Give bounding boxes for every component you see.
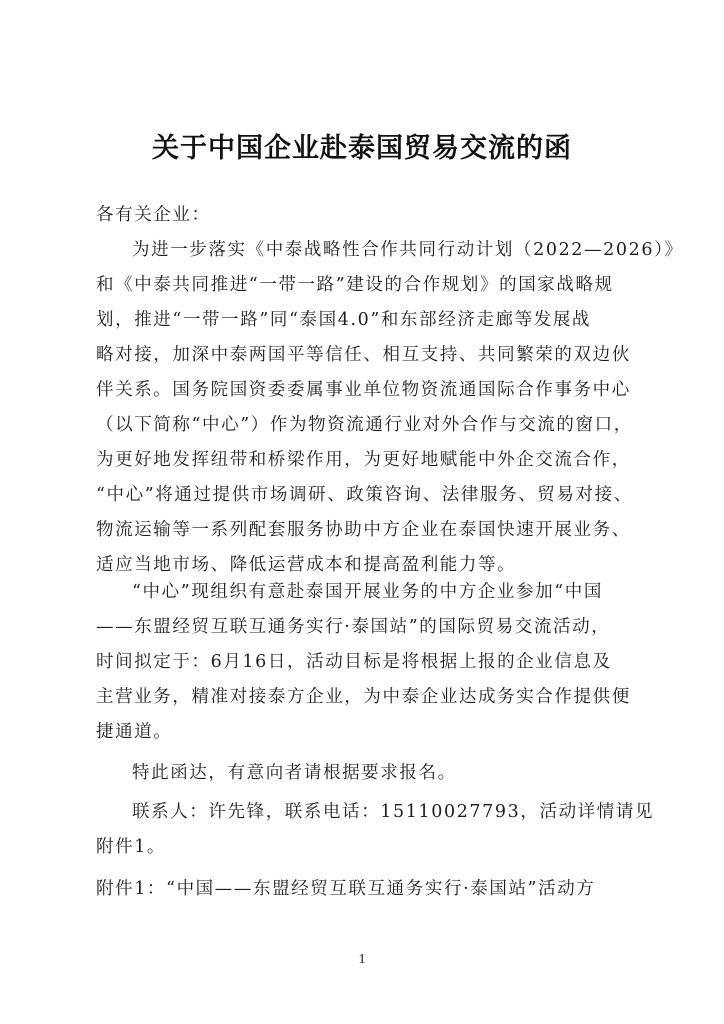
paragraph-line: 主营业务，精准对接泰方企业，为中泰企业达成务实合作提供便 xyxy=(96,680,636,715)
paragraph-line: 物流运输等一系列配套服务协助中方企业在泰国快速开展业务、 xyxy=(96,513,636,548)
paragraph-line: 附件1：“中国——东盟经贸互联互通务实行·泰国站”活动方 xyxy=(96,872,636,907)
document-title: 关于中国企业赴泰国贸易交流的函 xyxy=(0,126,724,165)
paragraph-attachment: 附件1：“中国——东盟经贸互联互通务实行·泰国站”活动方 xyxy=(96,872,636,907)
paragraph-line: 和《中泰共同推进“一带一路”建设的合作规划》的国家战略规 xyxy=(96,268,636,303)
paragraph-contact: 联系人：许先锋，联系电话：15110027793，活动详情请见 附件1。 xyxy=(96,795,636,865)
paragraph-line: 伴关系。国务院国资委委属事业单位物资流通国际合作事务中心 xyxy=(96,373,636,408)
paragraph-closing: 特此函达，有意向者请根据要求报名。 xyxy=(96,756,636,791)
paragraph-line: 时间拟定于：6月16日，活动目标是将根据上报的企业信息及 xyxy=(96,645,636,680)
paragraph-line: 联系人：许先锋，联系电话：15110027793，活动详情请见 xyxy=(96,795,636,830)
paragraph-line: 划，推进“一带一路”同“泰国4.0”和东部经济走廊等发展战 xyxy=(96,303,636,338)
document-page: 关于中国企业赴泰国贸易交流的函 各有关企业： 为进一步落实《中泰战略性合作共同行… xyxy=(0,0,724,1024)
paragraph-line: 捷通道。 xyxy=(96,715,636,750)
paragraph-line: 为更好地发挥纽带和桥梁作用，为更好地赋能中外企交流合作， xyxy=(96,443,636,478)
paragraph-line: 特此函达，有意向者请根据要求报名。 xyxy=(96,756,636,791)
paragraph-line: “中心”将通过提供市场调研、政策咨询、法律服务、贸易对接、 xyxy=(96,478,636,513)
salutation: 各有关企业： xyxy=(96,198,636,233)
paragraph-event: “中心”现组织有意赴泰国开展业务的中方企业参加“中国 ——东盟经贸互联互通务实行… xyxy=(96,575,636,750)
paragraph-background: 为进一步落实《中泰战略性合作共同行动计划（2022—2026）》 和《中泰共同推… xyxy=(96,233,636,583)
paragraph-line: 附件1。 xyxy=(96,830,636,865)
paragraph-line: 为进一步落实《中泰战略性合作共同行动计划（2022—2026）》 xyxy=(96,233,636,268)
salutation-text: 各有关企业： xyxy=(96,198,636,233)
page-number: 1 xyxy=(0,952,724,968)
paragraph-line: 略对接，加深中泰两国平等信任、相互支持、共同繁荣的双边伙 xyxy=(96,338,636,373)
paragraph-line: （以下简称“中心”）作为物资流通行业对外合作与交流的窗口， xyxy=(96,408,636,443)
paragraph-line: ——东盟经贸互联互通务实行·泰国站”的国际贸易交流活动， xyxy=(96,610,636,645)
paragraph-line: “中心”现组织有意赴泰国开展业务的中方企业参加“中国 xyxy=(96,575,636,610)
